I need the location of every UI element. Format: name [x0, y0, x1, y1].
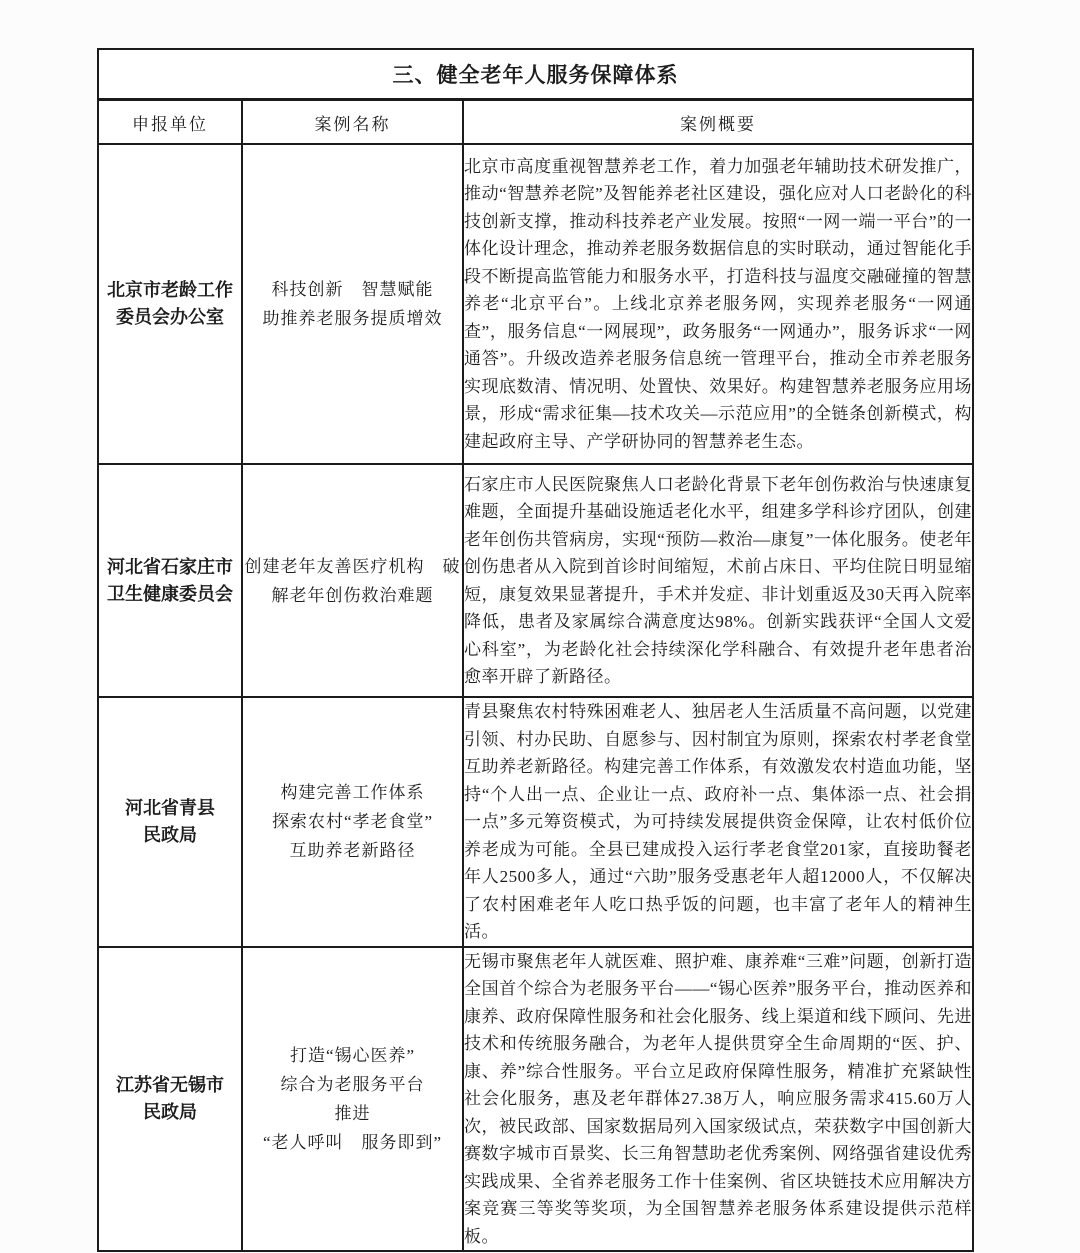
header-declaring-unit: 申报单位	[98, 100, 242, 145]
unit-cell: 北京市老龄工作 委员会办公室	[98, 144, 242, 464]
table-row: 北京市老龄工作 委员会办公室 科技创新 智慧赋能 助推养老服务提质增效 北京市高…	[98, 144, 973, 464]
section-title: 三、健全老年人服务保障体系	[98, 49, 973, 100]
summary-cell: 青县聚焦农村特殊困难老人、独居老人生活质量不高问题，以党建引领、村办民助、自愿参…	[463, 697, 973, 947]
unit-cell: 河北省石家庄市 卫生健康委员会	[98, 464, 242, 697]
unit-cell: 江苏省无锡市 民政局	[98, 947, 242, 1252]
case-name-cell: 打造“锡心医养” 综合为老服务平台 推进 “老人呼叫 服务即到”	[242, 947, 463, 1252]
table-row: 河北省青县 民政局 构建完善工作体系 探索农村“孝老食堂” 互助养老新路径 青县…	[98, 697, 973, 947]
header-case-name: 案例名称	[242, 100, 463, 145]
scanned-document-page: { "document": { "section_title": "三、健全老年…	[0, 0, 1080, 1253]
summary-cell: 石家庄市人民医院聚焦人口老龄化背景下老年创伤救治与快速康复难题，全面提升基础设施…	[463, 464, 973, 697]
cases-table: 三、健全老年人服务保障体系 申报单位 案例名称 案例概要 北京市老龄工作 委员会…	[97, 48, 974, 1252]
case-name-cell: 科技创新 智慧赋能 助推养老服务提质增效	[242, 144, 463, 464]
section-title-row: 三、健全老年人服务保障体系	[98, 49, 973, 100]
header-case-summary: 案例概要	[463, 100, 973, 145]
summary-cell: 无锡市聚焦老年人就医难、照护难、康养难“三难”问题，创新打造全国首个综合为老服务…	[463, 947, 973, 1252]
unit-cell: 河北省青县 民政局	[98, 697, 242, 947]
table-header-row: 申报单位 案例名称 案例概要	[98, 100, 973, 145]
case-name-cell: 构建完善工作体系 探索农村“孝老食堂” 互助养老新路径	[242, 697, 463, 947]
case-name-cell: 创建老年友善医疗机构 破 解老年创伤救治难题	[242, 464, 463, 697]
table-row: 河北省石家庄市 卫生健康委员会 创建老年友善医疗机构 破 解老年创伤救治难题 石…	[98, 464, 973, 697]
table-row: 江苏省无锡市 民政局 打造“锡心医养” 综合为老服务平台 推进 “老人呼叫 服务…	[98, 947, 973, 1252]
summary-cell: 北京市高度重视智慧养老工作，着力加强老年辅助技术研发推广，推动“智慧养老院”及智…	[463, 144, 973, 464]
